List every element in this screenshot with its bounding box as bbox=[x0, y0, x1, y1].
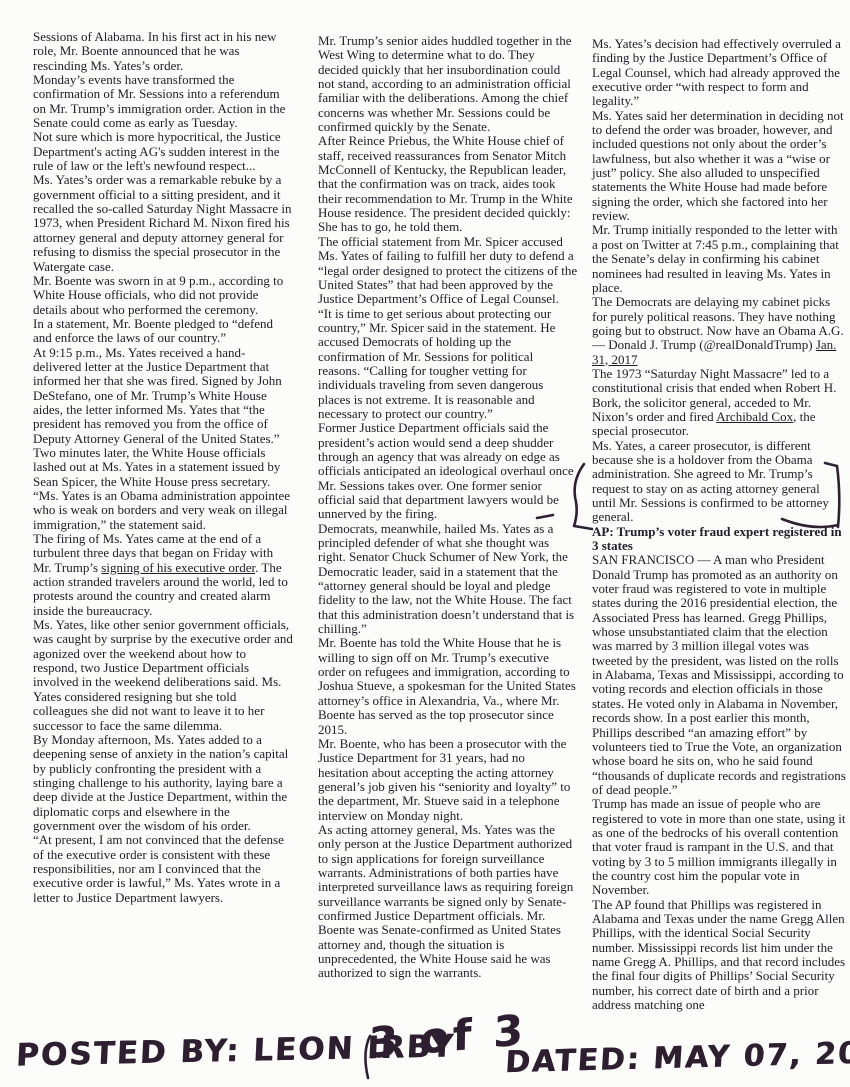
article-paragraph: Two minutes later, the White House offic… bbox=[33, 446, 293, 489]
text-segment: Mr. Boente has told the White House that… bbox=[318, 635, 576, 736]
article-paragraph: By Monday afternoon, Ms. Yates added to … bbox=[33, 733, 293, 833]
text-segment: Mr. Boente was sworn in at 9 p.m., accor… bbox=[33, 273, 283, 317]
text-segment: AP: Trump’s voter fraud expert registere… bbox=[592, 524, 842, 553]
text-segment: “It is time to get serious about protect… bbox=[318, 306, 555, 421]
article-column-1: Sessions of Alabama. In his first act in… bbox=[33, 0, 293, 905]
text-segment: — Donald J. Trump (@realDonaldTrump) bbox=[592, 337, 816, 352]
article-paragraph: Not sure which is more hypocritical, the… bbox=[33, 130, 293, 173]
text-segment: At 9:15 p.m., Ms. Yates received a hand-… bbox=[33, 345, 282, 446]
article-paragraph: “At present, I am not convinced that the… bbox=[33, 833, 293, 905]
underlined-text: signing of his executive order bbox=[101, 560, 255, 575]
article-paragraph: After Reince Priebus, the White House ch… bbox=[318, 134, 578, 234]
article-paragraph: SAN FRANCISCO — A man who President Dona… bbox=[592, 553, 846, 797]
article-paragraph: Former Justice Department officials said… bbox=[318, 421, 578, 521]
text-segment: The official statement from Mr. Spicer a… bbox=[318, 234, 577, 306]
text-segment: Not sure which is more hypocritical, the… bbox=[33, 129, 281, 173]
text-segment: Ms. Yates’s decision had effectively ove… bbox=[592, 36, 841, 108]
scanned-document-page: { "page": { "background_color": "#fcfcfa… bbox=[0, 0, 850, 1087]
article-paragraph: “It is time to get serious about protect… bbox=[318, 307, 578, 422]
article-paragraph: Mr. Boente was sworn in at 9 p.m., accor… bbox=[33, 274, 293, 317]
article-paragraph: Ms. Yates said her determination in deci… bbox=[592, 109, 846, 224]
text-segment: Mr. Boente, who has been a prosecutor wi… bbox=[318, 736, 570, 823]
text-segment: Mr. Trump’s senior aides huddled togethe… bbox=[318, 33, 571, 134]
text-segment: Trump has made an issue of people who ar… bbox=[592, 796, 845, 897]
text-segment: Former Justice Department officials said… bbox=[318, 420, 574, 521]
article-column-3: Ms. Yates’s decision had effectively ove… bbox=[592, 0, 846, 1012]
text-segment: As acting attorney general, Ms. Yates wa… bbox=[318, 822, 573, 980]
article-paragraph: At 9:15 p.m., Ms. Yates received a hand-… bbox=[33, 346, 293, 446]
article-paragraph: Mr. Boente has told the White House that… bbox=[318, 636, 578, 736]
text-segment: Ms. Yates, like other senior government … bbox=[33, 617, 293, 732]
article-paragraph: The AP found that Phillips was registere… bbox=[592, 898, 846, 1013]
article-paragraph: Sessions of Alabama. In his first act in… bbox=[33, 30, 293, 73]
article-paragraph: The Democrats are delaying my cabinet pi… bbox=[592, 295, 846, 338]
article-paragraph: Mr. Trump initially responded to the let… bbox=[592, 223, 846, 295]
article-heading: AP: Trump’s voter fraud expert registere… bbox=[592, 525, 846, 554]
article-paragraph: The 1973 “Saturday Night Massacre” led t… bbox=[592, 367, 846, 439]
article-paragraph: Ms. Yates’s decision had effectively ove… bbox=[592, 37, 846, 109]
article-paragraph: The firing of Ms. Yates came at the end … bbox=[33, 532, 293, 618]
text-segment: After Reince Priebus, the White House ch… bbox=[318, 133, 573, 234]
article-paragraph: The official statement from Mr. Spicer a… bbox=[318, 235, 578, 307]
text-segment: Sessions of Alabama. In his first act in… bbox=[33, 29, 276, 73]
article-paragraph: Mr. Boente, who has been a prosecutor wi… bbox=[318, 737, 578, 823]
handwritten-date: DATED: MAY 07, 2017 bbox=[504, 1035, 850, 1081]
underlined-text: Archibald Cox bbox=[716, 409, 793, 424]
article-paragraph: Mr. Trump’s senior aides huddled togethe… bbox=[318, 34, 578, 134]
article-paragraph: “Ms. Yates is an Obama administration ap… bbox=[33, 489, 293, 532]
text-segment: Mr. Trump initially responded to the let… bbox=[592, 222, 839, 294]
text-segment: SAN FRANCISCO — A man who President Dona… bbox=[592, 552, 846, 797]
text-segment: Democrats, meanwhile, hailed Ms. Yates a… bbox=[318, 521, 574, 636]
text-segment: “Ms. Yates is an Obama administration ap… bbox=[33, 488, 290, 532]
article-paragraph: — Donald J. Trump (@realDonaldTrump) Jan… bbox=[592, 338, 846, 367]
text-segment: Ms. Yates said her determination in deci… bbox=[592, 108, 844, 223]
handwritten-page-count: 3 of 3 bbox=[368, 1005, 527, 1068]
article-paragraph: As acting attorney general, Ms. Yates wa… bbox=[318, 823, 578, 981]
article-paragraph: Ms. Yates’s order was a remarkable rebuk… bbox=[33, 173, 293, 273]
article-paragraph: Ms. Yates, a career prosecutor, is diffe… bbox=[592, 439, 846, 525]
text-segment: Monday’s events have transformed the con… bbox=[33, 72, 285, 130]
article-paragraph: In a statement, Mr. Boente pledged to “d… bbox=[33, 317, 293, 346]
text-segment: The Democrats are delaying my cabinet pi… bbox=[592, 294, 844, 338]
text-segment: In a statement, Mr. Boente pledged to “d… bbox=[33, 316, 273, 345]
text-segment: By Monday afternoon, Ms. Yates added to … bbox=[33, 732, 288, 833]
article-paragraph: Democrats, meanwhile, hailed Ms. Yates a… bbox=[318, 522, 578, 637]
text-segment: Two minutes later, the White House offic… bbox=[33, 445, 280, 489]
text-segment: The AP found that Phillips was registere… bbox=[592, 897, 845, 1012]
article-column-2: Mr. Trump’s senior aides huddled togethe… bbox=[318, 0, 578, 981]
text-segment: Ms. Yates, a career prosecutor, is diffe… bbox=[592, 438, 829, 525]
article-paragraph: Monday’s events have transformed the con… bbox=[33, 73, 293, 130]
article-paragraph: Trump has made an issue of people who ar… bbox=[592, 797, 846, 897]
text-segment: “At present, I am not convinced that the… bbox=[33, 832, 284, 904]
article-paragraph: Ms. Yates, like other senior government … bbox=[33, 618, 293, 733]
text-segment: Ms. Yates’s order was a remarkable rebuk… bbox=[33, 172, 291, 273]
